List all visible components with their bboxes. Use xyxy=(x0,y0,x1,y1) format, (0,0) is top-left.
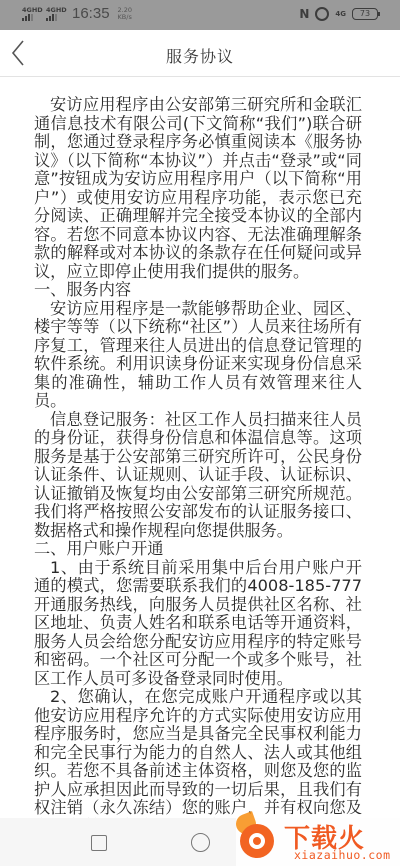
status-left: 4GHD 4GHD 16:35 2.20 KB/s xyxy=(22,5,132,22)
signal-icon: 4GHD xyxy=(22,6,40,21)
alarm-icon xyxy=(315,7,329,21)
paragraph-account-clause-1: 1、由于系统目前采用集中后台用户账户开通的模式，您需要联系我们的4008-185… xyxy=(34,559,362,689)
signal-icon: 4GHD xyxy=(46,6,64,21)
recent-apps-button[interactable] xyxy=(91,835,107,851)
watermark: 下载火 xiazaihuo.com xyxy=(236,814,400,866)
download-logo-icon xyxy=(240,824,274,858)
paragraph-app-description: 安访应用程序是一款能够帮助企业、园区、楼宇等等（以下统称“社区”）人员来往场所有… xyxy=(34,300,362,411)
signal-label: 4GHD xyxy=(46,6,67,14)
section-heading-service-content: 一、服务内容 xyxy=(34,281,362,300)
section-heading-account-opening: 二、用户账户开通 xyxy=(34,540,362,559)
network-type-icon: 4G xyxy=(335,10,346,18)
paragraph-info-registration: 信息登记服务：社区工作人员扫描来往人员的身份证，获得身份信息和体温信息等。这项服… xyxy=(34,411,362,541)
status-right: N 4G 73 xyxy=(299,7,378,21)
nfc-icon: N xyxy=(299,7,309,21)
title-bar: 服务协议 xyxy=(0,30,400,77)
watermark-url: xiazaihuo.com xyxy=(294,848,391,862)
network-speed: 2.20 KB/s xyxy=(118,7,132,21)
clock: 16:35 xyxy=(72,5,110,22)
status-bar: 4GHD 4GHD 16:35 2.20 KB/s N 4G 73 xyxy=(0,0,400,30)
signal-label: 4GHD xyxy=(22,6,43,14)
battery-icon: 73 xyxy=(352,8,378,20)
speed-unit: KB/s xyxy=(118,14,132,21)
page-title: 服务协议 xyxy=(0,44,400,67)
agreement-content[interactable]: 安访应用程序由公安部第三研究所和金联汇通信息技术有限公司(下文简称“我们”)联合… xyxy=(34,96,362,855)
intro-paragraph: 安访应用程序由公安部第三研究所和金联汇通信息技术有限公司(下文简称“我们”)联合… xyxy=(34,96,362,281)
home-button[interactable] xyxy=(191,833,210,852)
